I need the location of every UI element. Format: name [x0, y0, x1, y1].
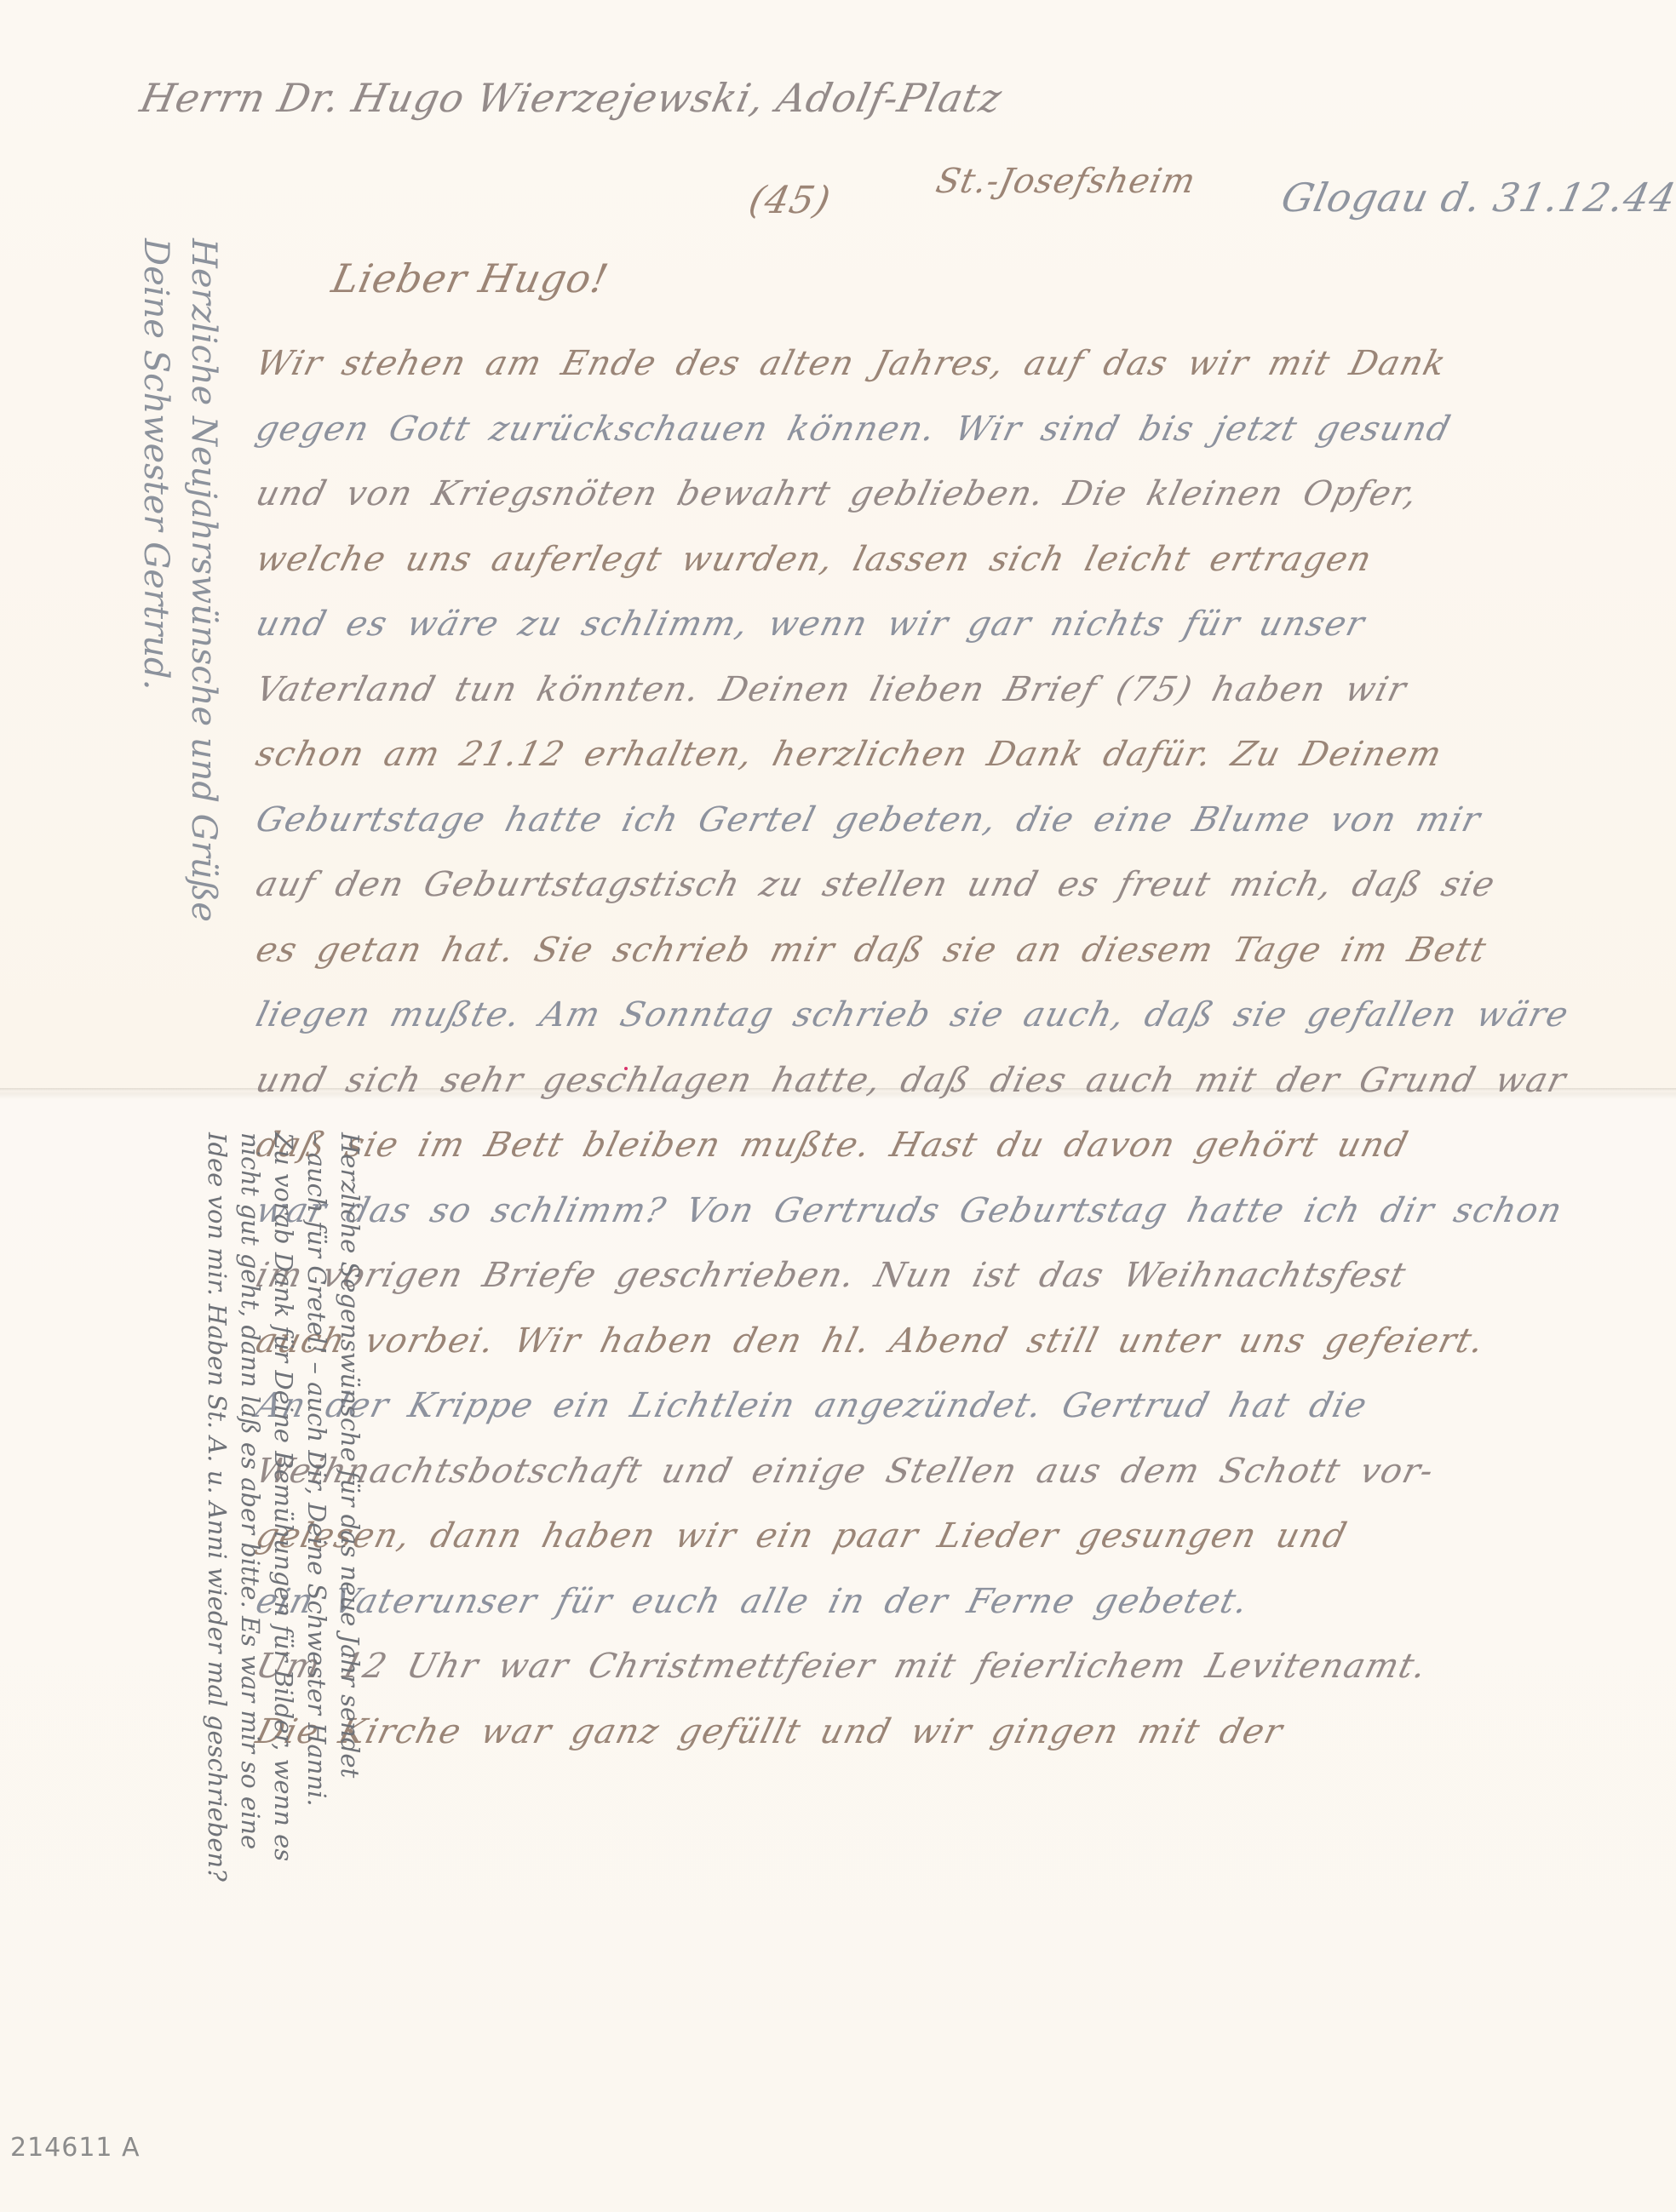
letter-body: Wir stehen am Ende des alten Jahres, auf…: [255, 336, 1635, 1769]
body-line: Um 12 Uhr war Christmettfeier mit feierl…: [247, 1639, 1643, 1705]
body-line: An der Krippe ein Lichtlein angezündet. …: [247, 1378, 1643, 1444]
body-line: daß sie im Bett bleiben mußte. Hast du d…: [247, 1118, 1643, 1183]
margin-note-line: Idee von mir. Haben St. A. u. Anni wiede…: [200, 1132, 233, 2095]
margin-note-line: Herzliche Segenswünsche für das neue Jah…: [333, 1132, 366, 2095]
body-line: und es wäre zu schlimm, wenn wir gar nic…: [247, 597, 1643, 662]
archive-catalog-number: 214611 A: [10, 2133, 141, 2163]
body-line: Vaterland tun könnten. Deinen lieben Bri…: [247, 662, 1643, 728]
body-line: es getan hat. Sie schrieb mir daß sie an…: [247, 923, 1643, 989]
body-line: ein Vaterunser für euch alle in der Fern…: [247, 1574, 1643, 1640]
body-line: Die Kirche war ganz gefüllt und wir ging…: [247, 1705, 1643, 1770]
body-line: welche uns auferlegt wurden, lassen sich…: [247, 532, 1643, 598]
salutation: Lieber Hugo!: [328, 255, 613, 301]
margin-note-line: nicht gut geht, dann laß es aber bitte. …: [233, 1132, 267, 2095]
margin-note-greeting-gertrud: Herzliche Neujahrswünsche und Grüße Dein…: [132, 238, 227, 1090]
body-line: auf den Geburtstagstisch zu stellen und …: [247, 857, 1643, 923]
body-line: und sich sehr geschlagen hatte, daß dies…: [247, 1053, 1643, 1119]
margin-note-line: Herzliche Neujahrswünsche und Grüße: [180, 238, 227, 1090]
recipient-address: Herrn Dr. Hugo Wierzejewski, Adolf-Platz: [136, 75, 1007, 121]
body-line: war das so schlimm? Von Gertruds Geburts…: [247, 1183, 1643, 1249]
body-line: und von Kriegsnöten bewahrt geblieben. D…: [247, 467, 1643, 532]
body-line: gegen Gott zurückschauen können. Wir sin…: [247, 402, 1643, 467]
margin-note-greeting-hanni: Herzliche Segenswünsche für das neue Jah…: [200, 1132, 366, 2095]
body-line: Geburtstage hatte ich Gertel gebeten, di…: [247, 793, 1643, 858]
body-line: liegen mußte. Am Sonntag schrieb sie auc…: [247, 988, 1643, 1053]
body-line: im vorigen Briefe geschrieben. Nun ist d…: [247, 1248, 1643, 1314]
postcode: (45): [745, 179, 835, 222]
body-line: auch vorbei. Wir haben den hl. Abend sti…: [247, 1314, 1643, 1379]
body-line: Wir stehen am Ende des alten Jahres, auf…: [247, 336, 1643, 402]
margin-note-line: Zu vorab Dank für Deine Bemühungen für B…: [267, 1132, 300, 2095]
body-line: Weihnachtsbotschaft und einige Stellen a…: [247, 1444, 1643, 1510]
margin-note-line: Deine Schwester Gertrud.: [132, 238, 180, 1090]
body-line: schon am 21.12 erhalten, herzlichen Dank…: [247, 727, 1643, 793]
body-line: gelesen, dann haben wir ein paar Lieder …: [247, 1509, 1643, 1574]
street-address: St.-Josefsheim: [933, 162, 1199, 201]
margin-note-line: – auch für Gretel! – auch Dir, Deine Sch…: [300, 1132, 333, 2095]
place-and-date: Glogau d. 31.12.44.: [1277, 175, 1676, 221]
